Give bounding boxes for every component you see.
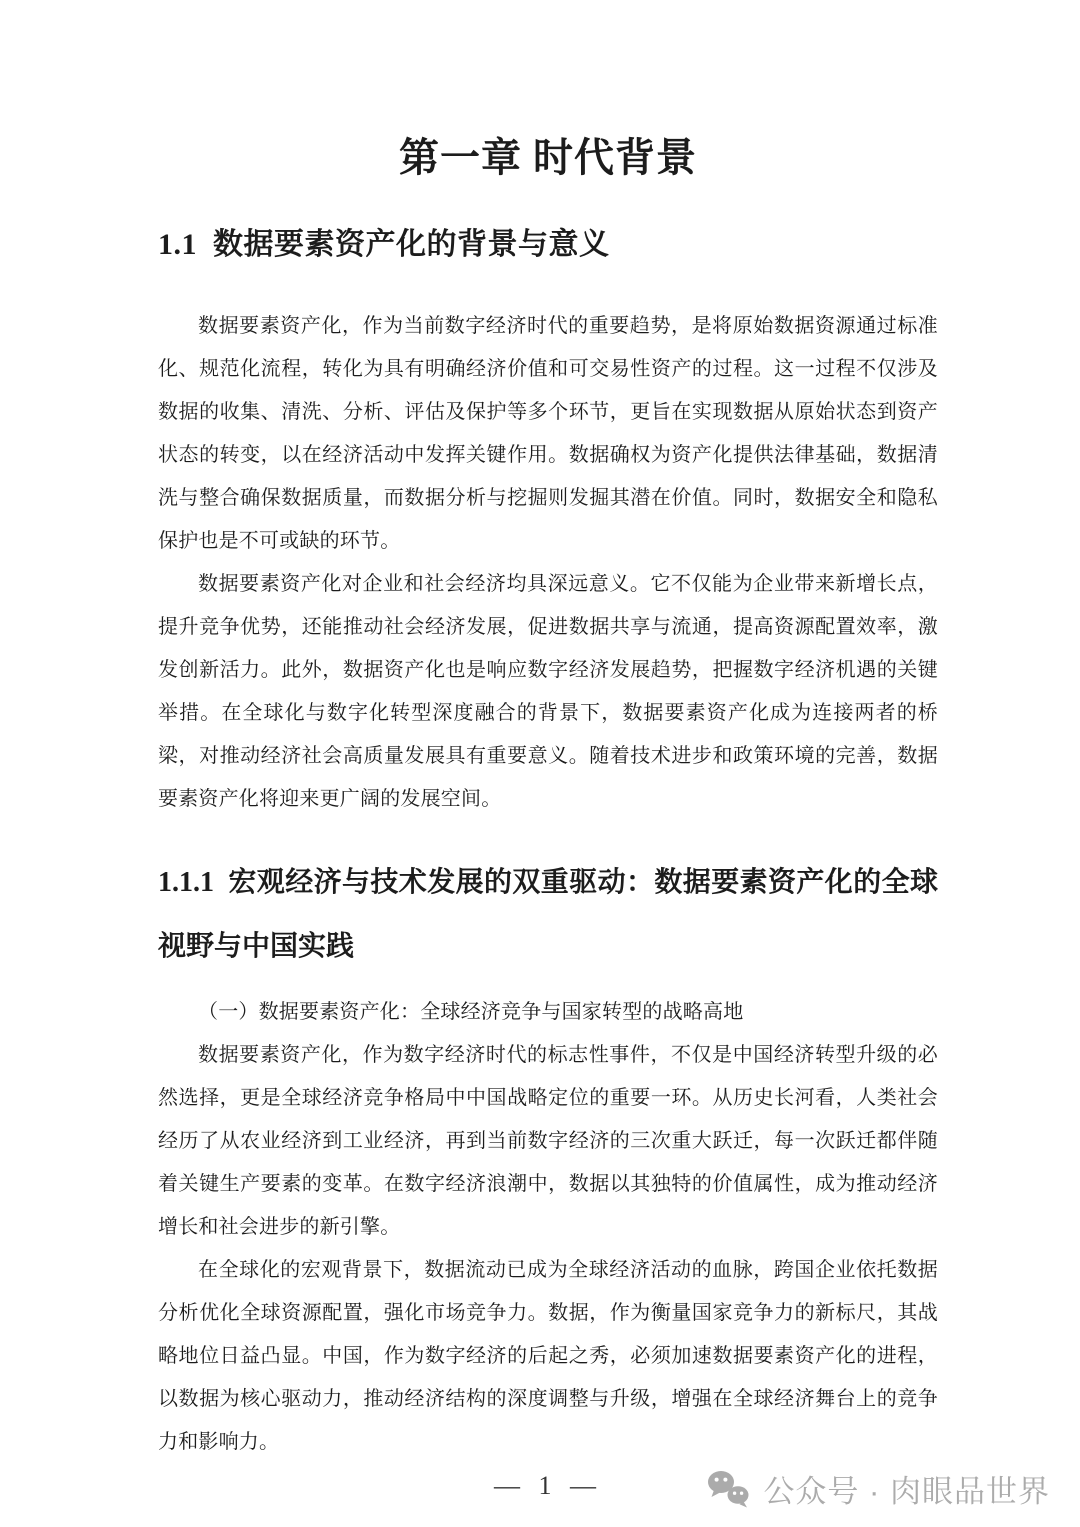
body-paragraph-2: 数据要素资产化对企业和社会经济均具深远意义。它不仅能为企业带来新增长点，提升竞争… — [158, 563, 938, 821]
body-paragraph-4: 在全球化的宏观背景下，数据流动已成为全球经济活动的血脉，跨国企业依托数据分析优化… — [158, 1249, 938, 1464]
watermark: 公众号 · 肉眼品世界 — [707, 1466, 1050, 1511]
section-heading: 1.1数据要素资产化的背景与意义 — [158, 225, 938, 265]
section-number: 1.1 — [158, 228, 197, 261]
subsection-title: 宏观经济与技术发展的双重驱动：数据要素资产化的全球视野与中国实践 — [158, 867, 938, 962]
watermark-label: 公众号 · 肉眼品世界 — [763, 1466, 1050, 1511]
wechat-icon — [707, 1469, 751, 1509]
document-page: 第一章 时代背景 1.1数据要素资产化的背景与意义 数据要素资产化，作为当前数字… — [0, 0, 1080, 1527]
section-title: 数据要素资产化的背景与意义 — [213, 228, 610, 261]
sub-point-heading: （一）数据要素资产化：全球经济竞争与国家转型的战略高地 — [158, 991, 938, 1034]
body-paragraph-3: 数据要素资产化，作为数字经济时代的标志性事件，不仅是中国经济转型升级的必然选择，… — [158, 1034, 938, 1249]
body-paragraph-1: 数据要素资产化，作为当前数字经济时代的重要趋势，是将原始数据资源通过标准化、规范… — [158, 305, 938, 563]
subsection-number: 1.1.1 — [158, 867, 214, 898]
subsection-heading: 1.1.1宏观经济与技术发展的双重驱动：数据要素资产化的全球视野与中国实践 — [158, 851, 938, 979]
chapter-title: 第一章 时代背景 — [158, 130, 938, 186]
document-content: 第一章 时代背景 1.1数据要素资产化的背景与意义 数据要素资产化，作为当前数字… — [0, 0, 1080, 1507]
